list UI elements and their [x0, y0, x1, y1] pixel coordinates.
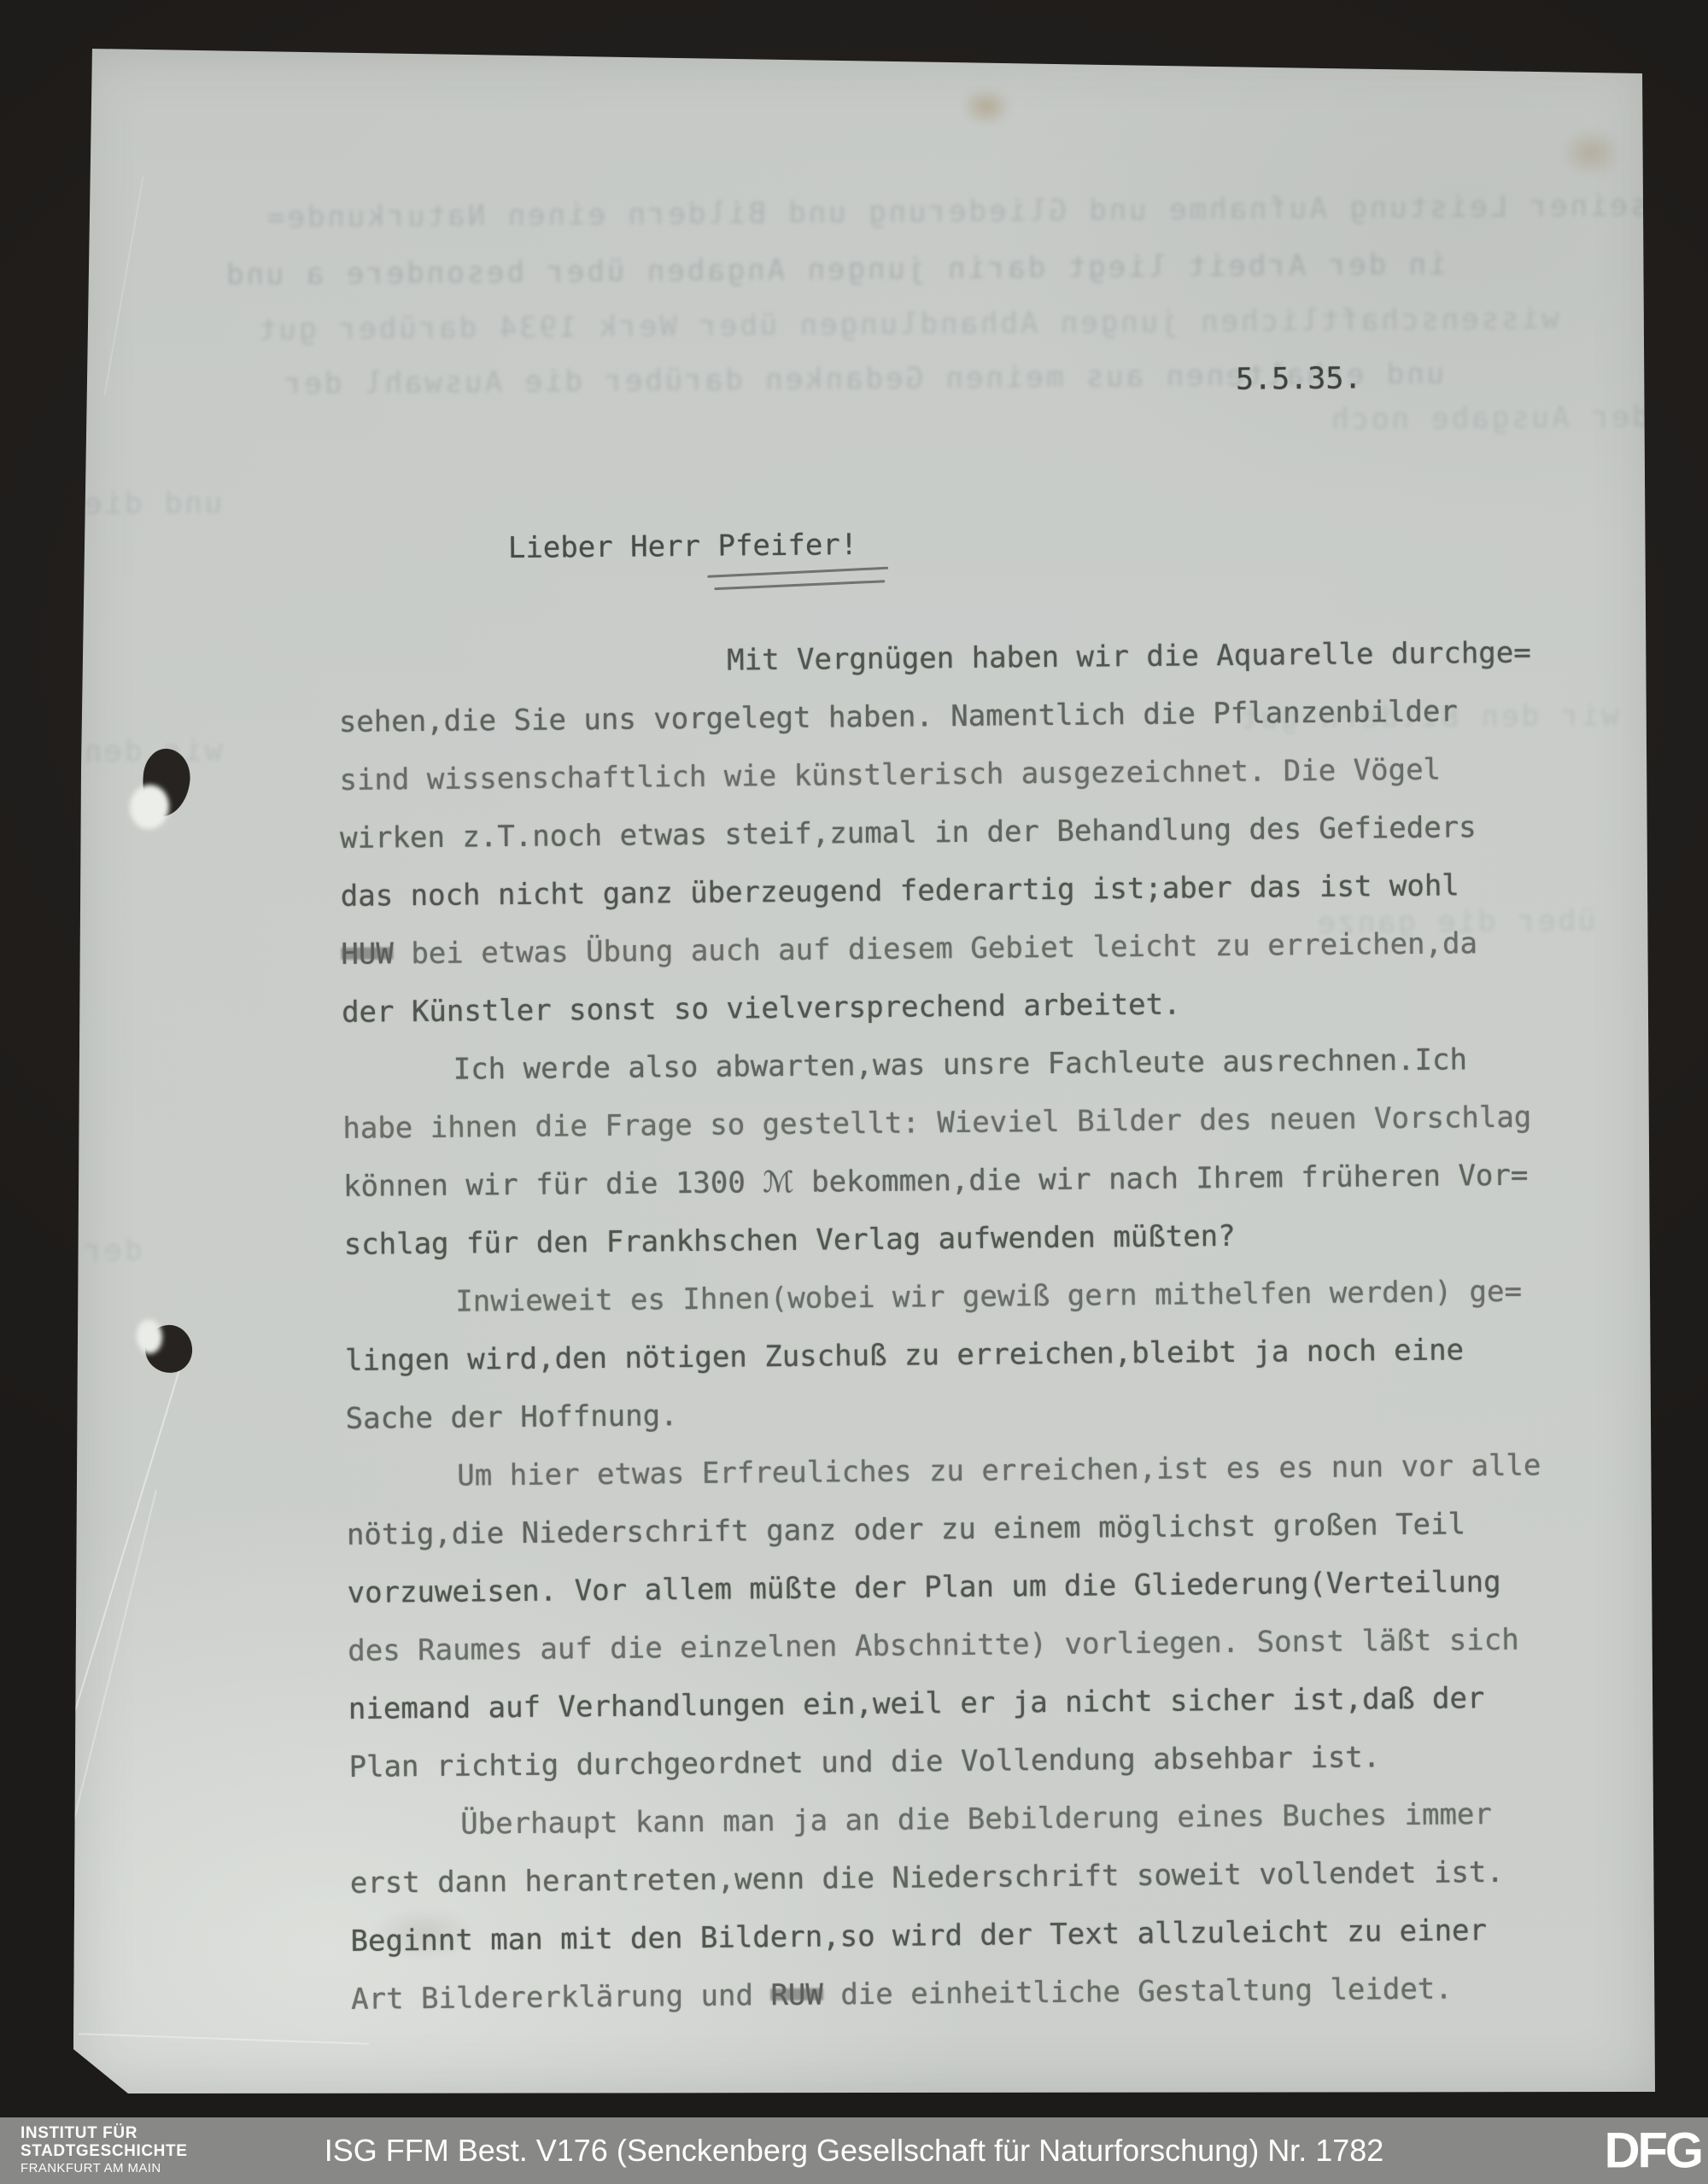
letter-date: 5.5.35.	[1236, 361, 1362, 396]
letter-line: Inwieweit es Ihnen(wobei wir gewiß gern …	[344, 1262, 1540, 1331]
salutation-underline	[707, 567, 888, 578]
letter-line: Art Bildererklärung und RUW die einheitl…	[351, 1959, 1547, 2028]
archive-caption: ISG FFM Best. V176 (Senckenberg Gesellsc…	[0, 2117, 1708, 2184]
letter-line: können wir für die 1300 ℳ bekommen,die w…	[343, 1146, 1539, 1215]
institute-logo-line1: INSTITUT FÜR	[20, 2125, 187, 2143]
letter-line: nötig,die Niederschrift ganz oder zu ein…	[347, 1494, 1542, 1563]
letter-salutation: Lieber Herr Pfeifer!	[508, 528, 858, 565]
letter-line: erst dann herantreten,wenn die Niedersch…	[350, 1842, 1546, 1912]
institute-logo: INSTITUT FÜR STADTGESCHICHTE FRANKFURT A…	[20, 2125, 187, 2175]
institute-logo-line3: FRANKFURT AM MAIN	[20, 2162, 187, 2175]
scanned-letter-page: seiner Leistung Aufnahme und Gliederung …	[73, 47, 1655, 2094]
struck-out-text: RUW	[770, 1978, 823, 2013]
letter-line: des Raumes auf die einzelnen Abschnitte)…	[348, 1610, 1543, 1679]
archive-footer-bar: ISG FFM Best. V176 (Senckenberg Gesellsc…	[0, 2117, 1708, 2184]
dfg-logo: DFG	[1605, 2123, 1701, 2180]
letter-line: HUW bei etwas Übung auch auf diesem Gebi…	[341, 914, 1536, 984]
institute-logo-line2: STADTGESCHICHTE	[20, 2143, 187, 2161]
salutation-underline	[714, 580, 885, 590]
struck-out-text: HUW	[341, 937, 394, 972]
letter-body: Mit Vergnügen haben wir die Aquarelle du…	[338, 624, 1547, 2029]
page-background: seiner Leistung Aufnahme und Gliederung …	[0, 0, 1708, 2184]
letter-line: wirken z.T.noch etwas steif,zumal in der…	[340, 798, 1535, 867]
typewritten-letter: 5.5.35. Lieber Herr Pfeifer! Mit Vergnüg…	[68, 33, 1670, 2096]
